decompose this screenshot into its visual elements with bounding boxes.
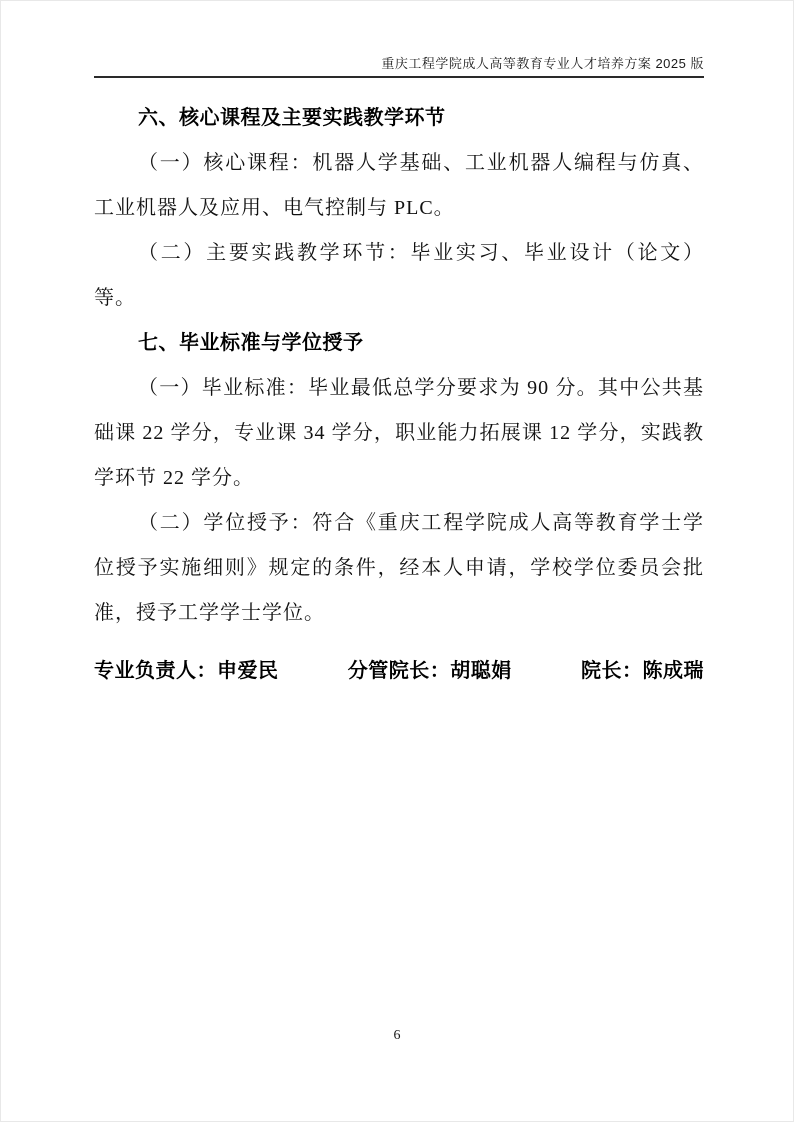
page-number: 6 [0, 1026, 794, 1046]
document-page: 重庆工程学院成人高等教育专业人才培养方案 2025 版 六、核心课程及主要实践教… [0, 0, 794, 1122]
section-heading-graduation-degree: 七、毕业标准与学位授予 [94, 321, 704, 366]
page-header-title: 重庆工程学院成人高等教育专业人才培养方案 2025 版 [94, 55, 704, 78]
signature-deputy-dean: 分管院长：胡聪娟 [348, 649, 512, 694]
signature-dean: 院长：陈成瑞 [581, 649, 704, 694]
signature-line: 专业负责人：申爱民 分管院长：胡聪娟 院长：陈成瑞 [94, 649, 704, 694]
paragraph-degree-award: （二）学位授予：符合《重庆工程学院成人高等教育学士学位授予实施细则》规定的条件，… [94, 501, 704, 636]
section-heading-core-courses: 六、核心课程及主要实践教学环节 [94, 96, 704, 141]
signature-program-leader: 专业负责人：申爱民 [94, 649, 279, 694]
paragraph-practice-teaching: （二）主要实践教学环节：毕业实习、毕业设计（论文）等。 [94, 231, 704, 321]
paragraph-core-courses: （一）核心课程：机器人学基础、工业机器人编程与仿真、工业机器人及应用、电气控制与… [94, 141, 704, 231]
document-body: 六、核心课程及主要实践教学环节 （一）核心课程：机器人学基础、工业机器人编程与仿… [94, 96, 704, 636]
paragraph-graduation-standard: （一）毕业标准：毕业最低总学分要求为 90 分。其中公共基础课 22 学分，专业… [94, 366, 704, 501]
